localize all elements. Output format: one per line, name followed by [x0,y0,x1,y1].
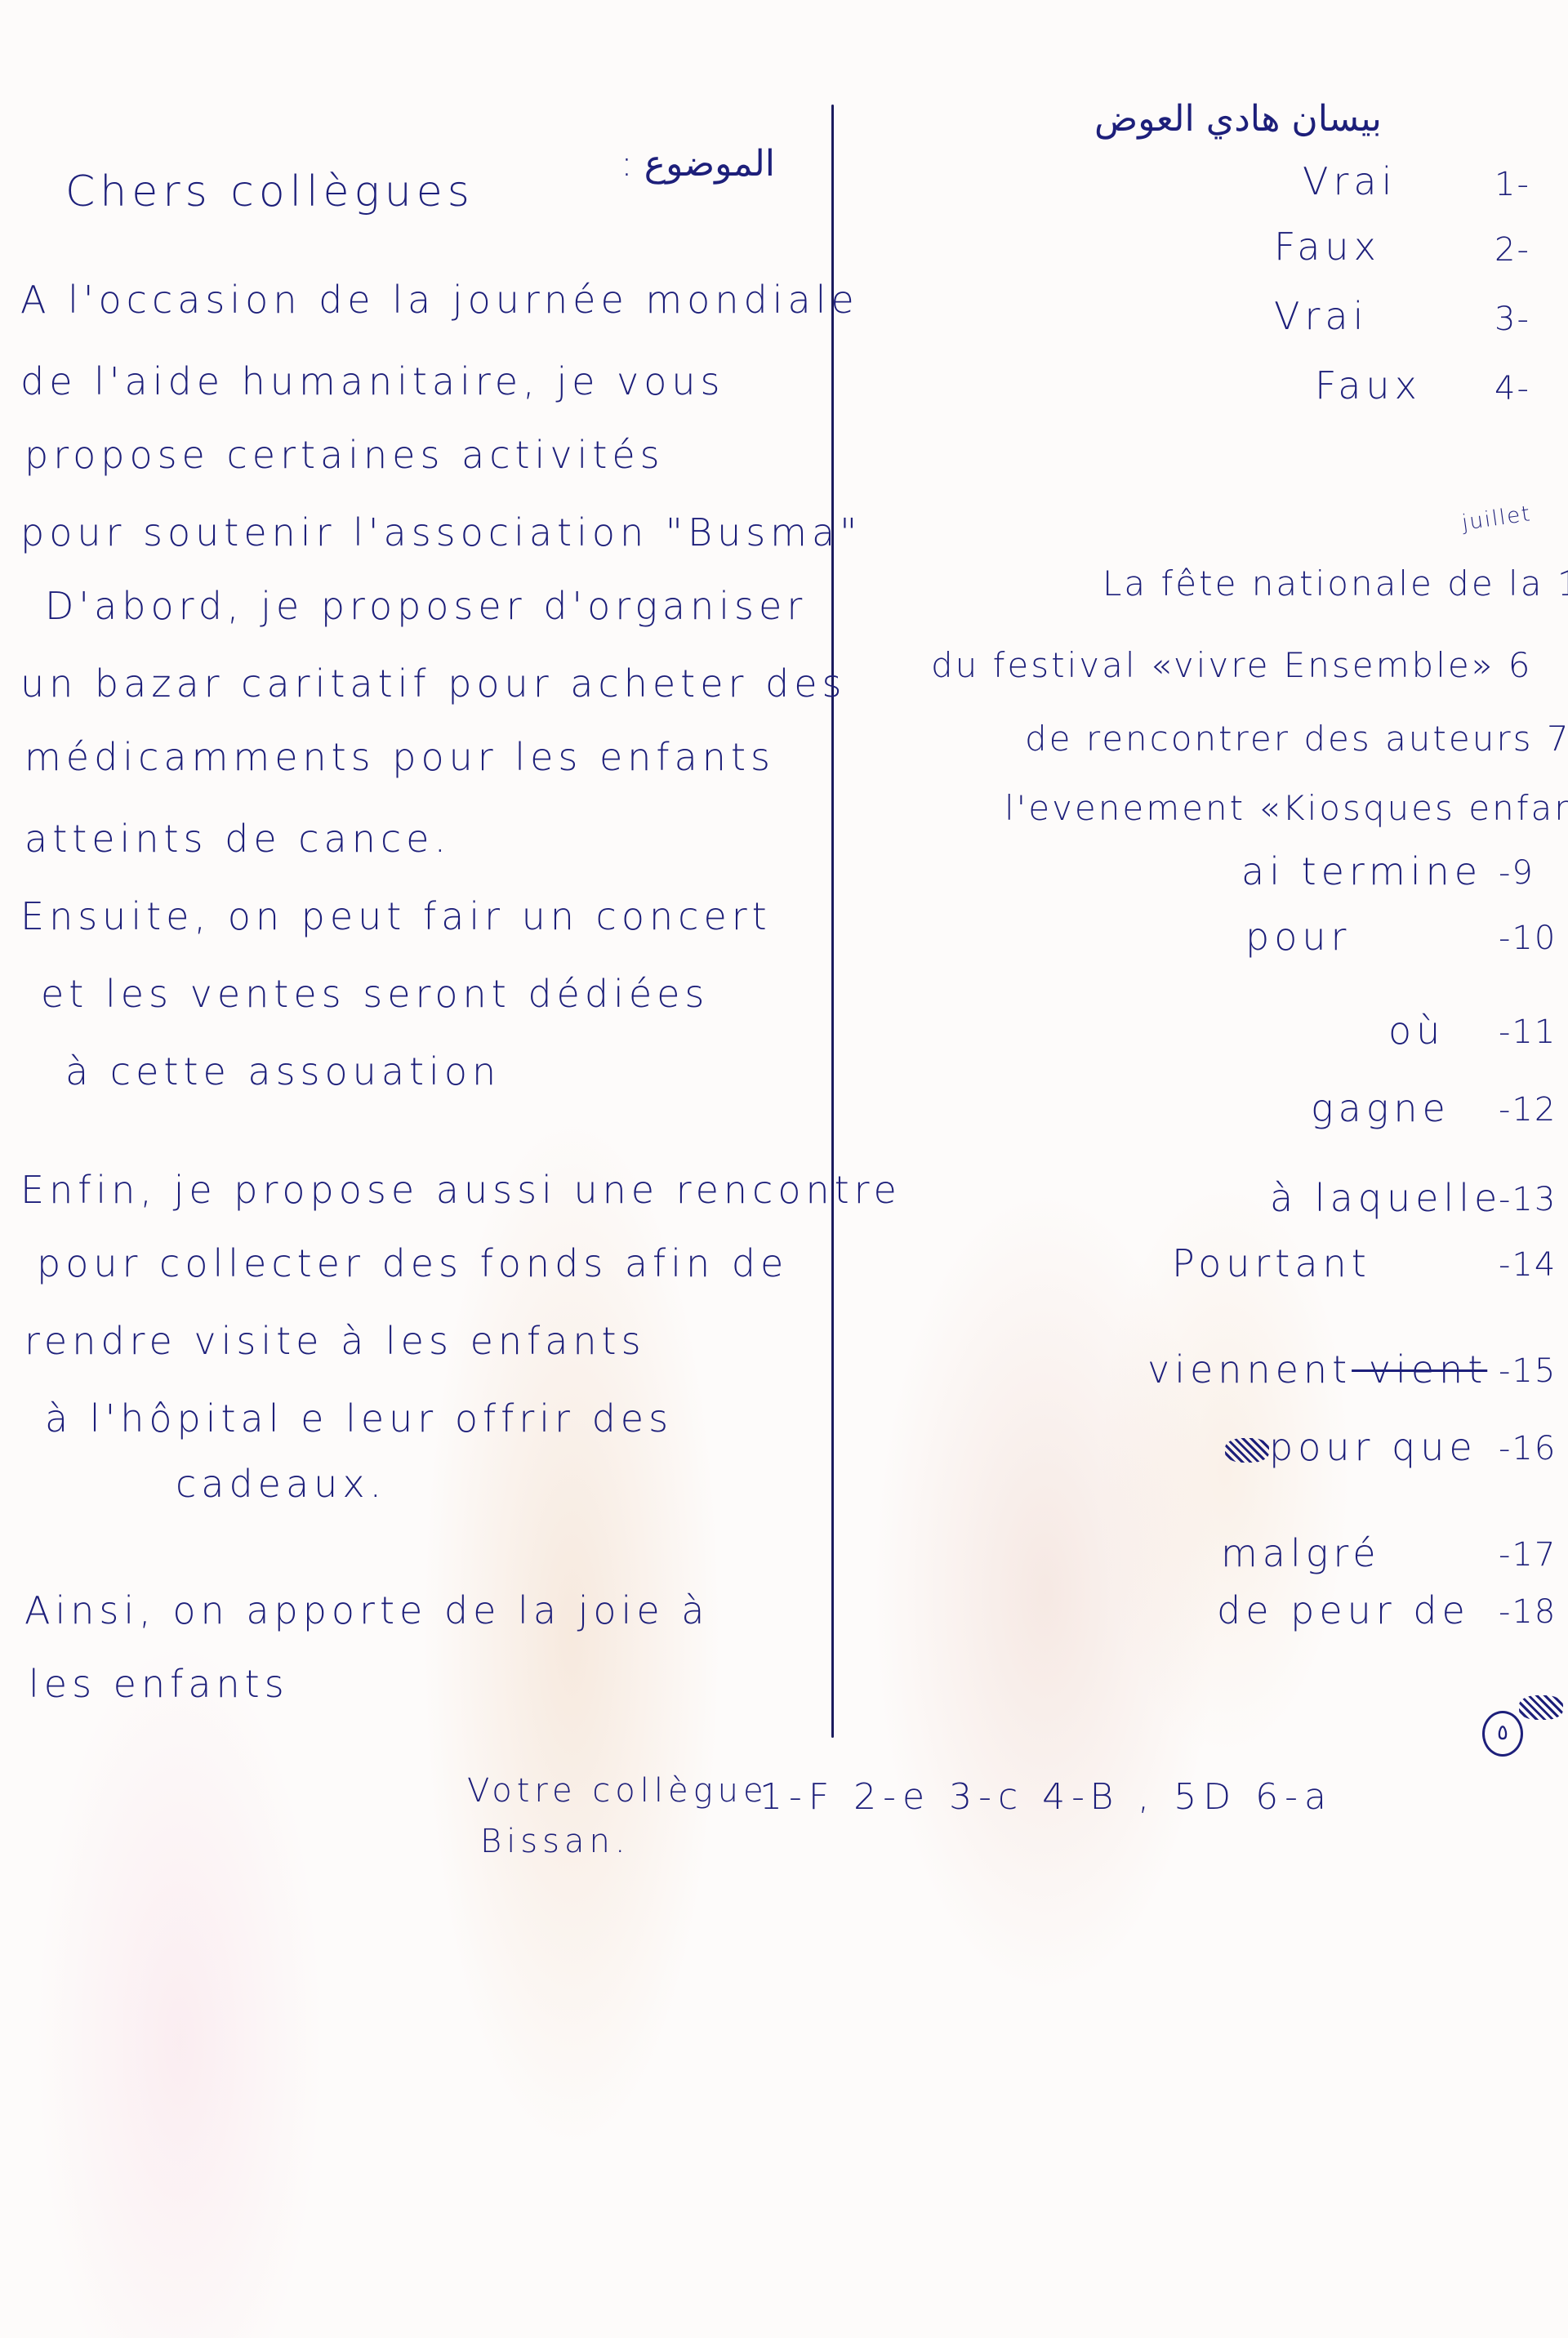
sentence-answer: l'evenement «Kiosques enfantines» 8 [1004,788,1568,828]
grammar-answer: pour [1245,915,1351,959]
tf-number: 2- [1494,231,1530,269]
answer-number: -14 [1499,1246,1557,1284]
answer-text: malgré [1221,1531,1381,1575]
letter-line: et les ventes seront dédiées [41,972,709,1016]
answer-number: -18 [1499,1593,1557,1631]
answer-number: -17 [1499,1536,1557,1574]
answer-number: -12 [1499,1091,1557,1129]
grammar-answer: malgré [1221,1531,1381,1575]
letter-line: cadeaux. [176,1462,386,1506]
answer-text: à laquelle [1270,1176,1502,1220]
answer-text: ai termine [1241,849,1482,893]
tf-number: 1- [1494,166,1530,203]
tf-number: 4- [1494,370,1530,407]
letter-line: pour collecter des fonds afin de [37,1241,788,1285]
answer-text: de peur de [1217,1588,1470,1632]
grammar-answer [1519,1682,1563,1726]
letter-line: A l'occasion de la journée mondiale [20,278,859,322]
signature: Bissan. [480,1823,630,1860]
letter-line: un bazar caritatif pour acheter des [20,661,847,706]
letter-line: pour soutenir l'association "Busma" [20,510,862,554]
grammar-answer: viennent vient [1147,1347,1487,1392]
grammar-answer: gagne [1311,1086,1450,1130]
tf-answer: Faux [1315,363,1422,407]
scribble-icon [1519,1695,1563,1720]
answer-number: -9 [1499,854,1535,892]
subject-label: الموضوع : [621,143,775,185]
greeting: Chers collègues [65,167,474,216]
letter-line: Enfin, je propose aussi une rencontre [20,1168,902,1212]
letter-line: à l'hôpital e leur offrir des [45,1396,673,1441]
column-divider [831,105,834,1738]
grammar-answer: Pourtant [1172,1241,1371,1285]
tf-number: 3- [1494,301,1530,338]
circled-question-number: ٥ [1482,1711,1523,1757]
letter-line: D'abord, je proposer d'organiser [45,584,807,628]
grammar-answer: de peur de [1217,1588,1470,1632]
matching-answers: 1-F 2-e 3-c 4-B , 5D 6-a [759,1776,1333,1818]
sentence-answer: du festival «vivre Ensemble» 6 [931,645,1533,685]
grammar-answer: à laquelle [1270,1176,1502,1220]
student-name: بيسان هادي العوض [1094,98,1382,140]
answer-number: -15 [1499,1352,1557,1390]
letter-line: les enfants [29,1662,289,1706]
sentence-answer: de rencontrer des auteurs 7 [1025,719,1568,759]
letter-line: rendre visite à les enfants [24,1319,646,1363]
answer-text: viennent [1147,1347,1352,1392]
answer-number: -10 [1499,920,1557,957]
crossed-out-text: vient [1352,1347,1487,1392]
answer-text: pour [1245,915,1351,959]
letter-line: Ensuite, on peut fair un concert [20,894,772,938]
answer-text: gagne [1311,1086,1450,1130]
tf-answer: Faux [1274,225,1381,269]
letter-line: à cette assouation [65,1049,501,1093]
closing: Votre collègue [467,1772,768,1810]
letter-line: atteints de cance. [24,817,451,861]
grammar-answer: ai termine [1241,849,1482,893]
letter-line: médicamments pour les enfants [24,735,775,779]
letter-line: de l'aide humanitaire, je vous [20,359,725,403]
answer-text: Pourtant [1172,1241,1371,1285]
answer-number: -16 [1499,1430,1557,1467]
scribble-icon [1225,1438,1269,1463]
answer-text: pour que [1269,1425,1477,1469]
grammar-answer: pour que [1225,1425,1477,1469]
tf-answer: Vrai [1274,294,1368,338]
answer-number: -13 [1499,1181,1557,1218]
grammar-answer: où [1388,1009,1445,1053]
letter-line: propose certaines activités [24,433,665,477]
answer-number: -11 [1499,1013,1557,1051]
letter-line: Ainsi, on apporte de la joie à [24,1588,709,1632]
tf-answer: Vrai [1303,159,1396,203]
sentence-answer: La fête nationale de la 1ncs 5 [1102,563,1568,603]
answer-text: où [1388,1009,1445,1053]
